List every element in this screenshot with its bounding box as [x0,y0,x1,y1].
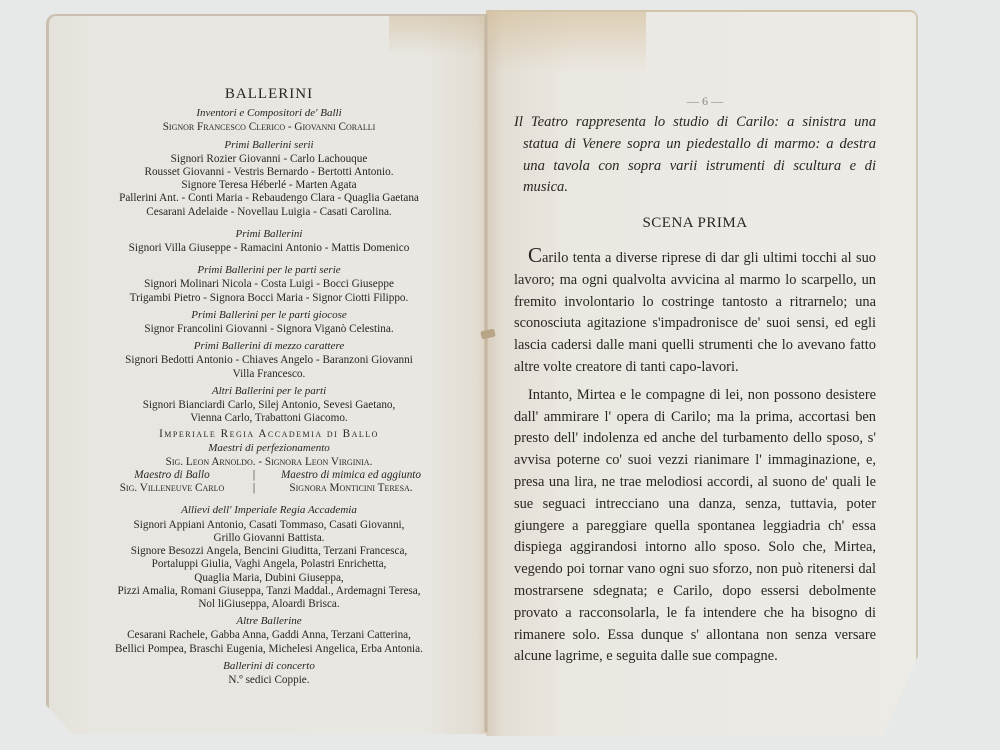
cast-line: Nol liGiuseppa, Aloardi Brisca. [78,598,460,611]
masters-columns: Maestro di Ballo Sig. Villeneuve Carlo |… [78,469,460,495]
paragraph: Carilo tenta a diverse riprese di dar gl… [514,245,876,379]
column-divider: || [247,469,261,495]
stage-direction: Il Teatro rappresenta lo studio di Caril… [514,112,876,199]
academy-title: Imperiale Regia Accademia di Ballo [78,428,460,441]
cast-line: Signore Besozzi Angela, Bencini Giuditta… [78,545,460,558]
cast-line: Trigambi Pietro - Signora Bocci Maria - … [78,292,460,305]
section-heading: Primi Ballerini per le parti giocose [78,309,460,322]
open-book: BALLERINI Inventori e Compositori de' Ba… [0,0,1000,750]
cast-line: Cesarani Adelaide - Novellau Luigia - Ca… [78,206,460,219]
paragraph: Intanto, Mirtea e le compagne di lei, no… [514,385,876,668]
section-heading: Altri Ballerini per le parti [78,385,460,398]
cast-line: Signori Rozier Giovanni - Carlo Lachouqu… [78,153,460,166]
cast-line: Signori Molinari Nicola - Costa Luigi - … [78,278,460,291]
paragraph-text: arilo tenta a diverse riprese di dar gli… [514,250,876,375]
cast-line: Signori Villa Giuseppe - Ramacini Antoni… [78,242,460,255]
section-heading: Maestri di perfezionamento [78,442,460,455]
cast-line: Signori Bedotti Antonio - Chiaves Angelo… [78,354,460,367]
section-heading: Altre Ballerine [78,615,460,628]
cast-list: BALLERINI Inventori e Compositori de' Ba… [78,88,460,687]
cast-line: Portaluppi Giulia, Vaghi Angela, Polastr… [78,558,460,571]
section-heading: Inventori e Compositori de' Balli [78,107,460,120]
cast-line: Signor Francolini Giovanni - Signora Vig… [78,323,460,336]
cast-line: Signori Bianciardi Carlo, Silej Antonio,… [78,399,460,412]
cast-line: Pallerini Ant. - Conti Maria - Rebaudeng… [78,192,460,205]
section-heading: Primi Ballerini [78,228,460,241]
cast-line: Grillo Giovanni Battista. [78,532,460,545]
column-heading: Maestro di mimica ed aggiunto [261,469,441,482]
drop-cap: C [528,243,542,267]
cast-line: Signori Appiani Antonio, Casati Tommaso,… [78,519,460,532]
scene-title: SCENA PRIMA [514,213,876,235]
cast-line: Signore Teresa Héberlé - Marten Agata [78,179,460,192]
cast-line: Pizzi Amalia, Romani Giuseppa, Tanzi Mad… [78,585,460,598]
cast-line: Vienna Carlo, Trabattoni Giacomo. [78,412,460,425]
cast-title: BALLERINI [78,88,460,101]
cast-line: Sig. Leon Arnoldo. - Signora Leon Virgin… [78,456,460,469]
cast-line: Sig. Villeneuve Carlo [97,482,247,495]
cast-line: Signor Francesco Clerico - Giovanni Cora… [78,121,460,134]
cast-line: Rousset Giovanni - Vestris Bernardo - Be… [78,166,460,179]
section-heading: Primi Ballerini per le parti serie [78,264,460,277]
cast-line: Villa Francesco. [78,368,460,381]
cast-line: N.º sedici Coppie. [78,674,460,687]
cast-line: Bellici Pompea, Braschi Eugenia, Michele… [78,643,460,656]
cast-line: Cesarani Rachele, Gabba Anna, Gaddi Anna… [78,629,460,642]
cast-line: Quaglia Maria, Dubini Giuseppa, [78,572,460,585]
section-heading: Primi Ballerini serii [78,139,460,152]
page-number: — 6 — [534,92,876,110]
section-heading: Allievi dell' Imperiale Regia Accademia [78,504,460,517]
stain [389,16,489,56]
book-spine [484,14,488,732]
section-heading: Ballerini di concerto [78,660,460,673]
stain [486,12,646,72]
cast-line: Signora Monticini Teresa. [261,482,441,495]
section-heading: Primi Ballerini di mezzo carattere [78,340,460,353]
column-heading: Maestro di Ballo [97,469,247,482]
scene-text: — 6 — Il Teatro rappresenta lo studio di… [514,92,876,668]
